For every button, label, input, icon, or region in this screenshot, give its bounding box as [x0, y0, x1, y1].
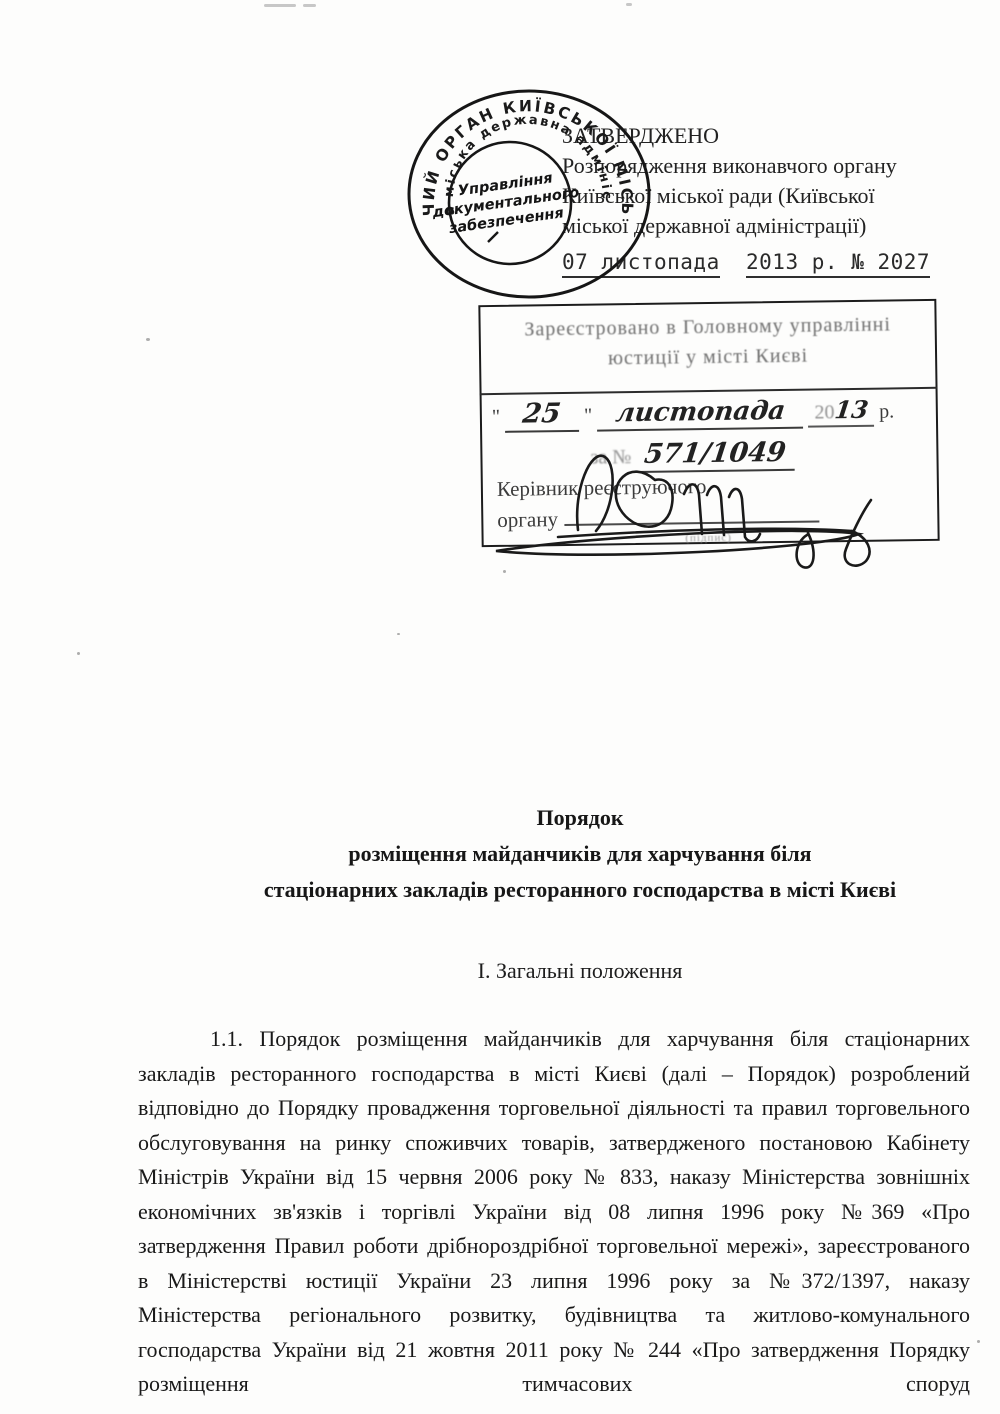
- approval-number: 2013 р. № 2027: [746, 250, 930, 278]
- reg-year-suffix: р.: [879, 400, 894, 422]
- quote-close: ": [584, 405, 592, 427]
- title-line: стаціонарних закладів ресторанного госпо…: [170, 872, 990, 908]
- title-line: Порядок: [170, 800, 990, 836]
- scan-smudge: [626, 3, 632, 6]
- signature-caption: (підпис): [634, 531, 784, 545]
- round-stamp-graphic: ЧИЙ ОРГАН КИЇВСЬКОЇ МІСЬК а міська держа…: [402, 86, 664, 314]
- reg-number-handwritten: 571/1049: [643, 437, 788, 470]
- reg-stamp-official-line: органу: [497, 502, 819, 532]
- scan-speck: [397, 633, 400, 635]
- scan-speck: [146, 338, 150, 341]
- section-heading: І. Загальні положення: [170, 958, 990, 984]
- title-line: розміщення майданчиків для харчування бі…: [170, 836, 990, 872]
- scan-smudge: [303, 4, 316, 7]
- paragraph-1-1: 1.1. Порядок розміщення майданчиків для …: [138, 1022, 970, 1402]
- reg-month-handwritten: листопада: [614, 396, 787, 428]
- scan-smudge: [264, 4, 296, 7]
- reg-organ-label: органу: [497, 507, 558, 532]
- quote-open: ": [492, 406, 500, 428]
- reg-stamp-number-row: за № 571/1049: [590, 437, 794, 474]
- registration-stamp: Зареєстровано в Головному управлінні юст…: [478, 299, 939, 547]
- scanned-document-page: { "approval": { "heading": "ЗАТВЕРДЖЕНО"…: [0, 0, 1000, 1414]
- reg-day-handwritten: 25: [521, 398, 562, 430]
- round-stamp: ЧИЙ ОРГАН КИЇВСЬКОЇ МІСЬК а міська держа…: [402, 86, 664, 314]
- reg-stamp-official-line: Керівник реєструючого: [497, 474, 707, 502]
- reg-year-printed: 20: [814, 401, 834, 423]
- reg-stamp-date-row: " 25 " листопада 2013 р.: [492, 393, 932, 433]
- stamp-tick-mark: [488, 232, 498, 242]
- scan-speck: [77, 652, 80, 655]
- document-title: Порядок розміщення майданчиків для харчу…: [170, 800, 990, 908]
- scan-speck: [503, 570, 506, 573]
- reg-stamp-line: Зареєстровано в Головному управлінні: [481, 313, 935, 342]
- signature-line: [564, 502, 819, 526]
- scan-speck: [977, 1340, 980, 1343]
- reg-stamp-line: юстиції у місті Києві: [481, 343, 935, 372]
- reg-year-handwritten: 13: [833, 395, 870, 425]
- reg-number-label: за №: [590, 446, 631, 469]
